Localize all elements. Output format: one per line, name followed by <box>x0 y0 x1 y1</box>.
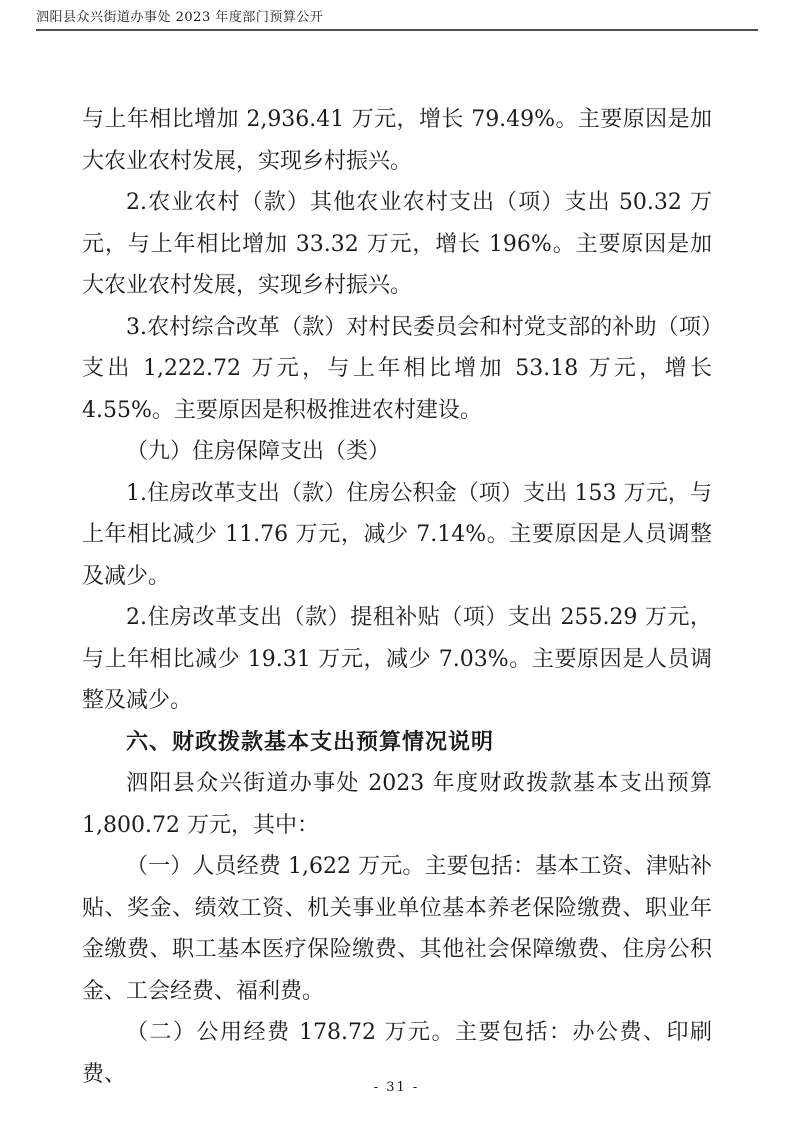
paragraph: 2.住房改革支出（款）提租补贴（项）支出 255.29 万元，与上年相比减少 1… <box>82 597 712 722</box>
section-heading: 六、财政拨款基本支出预算情况说明 <box>82 722 712 764</box>
document-body: 与上年相比增加 2,936.41 万元，增长 79.49%。主要原因是加大农业农… <box>82 99 712 1095</box>
paragraph: 1.住房改革支出（款）住房公积金（项）支出 153 万元，与上年相比减少 11.… <box>82 473 712 598</box>
paragraph: （一）人员经费 1,622 万元。主要包括：基本工资、津贴补贴、奖金、绩效工资、… <box>82 846 712 1012</box>
paragraph: 与上年相比增加 2,936.41 万元，增长 79.49%。主要原因是加大农业农… <box>82 99 712 182</box>
header-rule <box>36 29 758 31</box>
paragraph: （九）住房保障支出（类） <box>82 431 712 473</box>
paragraph: 泗阳县众兴街道办事处 2023 年度财政拨款基本支出预算 1,800.72 万元… <box>82 763 712 846</box>
paragraph: 2.农业农村（款）其他农业农村支出（项）支出 50.32 万元，与上年相比增加 … <box>82 182 712 307</box>
document-page: 泗阳县众兴街道办事处 2023 年度部门预算公开 与上年相比增加 2,936.4… <box>0 0 793 1122</box>
paragraph: 3.农村综合改革（款）对村民委员会和村党支部的补助（项）支出 1,222.72 … <box>82 307 712 432</box>
page-header-title: 泗阳县众兴街道办事处 2023 年度部门预算公开 <box>36 8 758 28</box>
page-number: - 31 - <box>0 1080 793 1095</box>
